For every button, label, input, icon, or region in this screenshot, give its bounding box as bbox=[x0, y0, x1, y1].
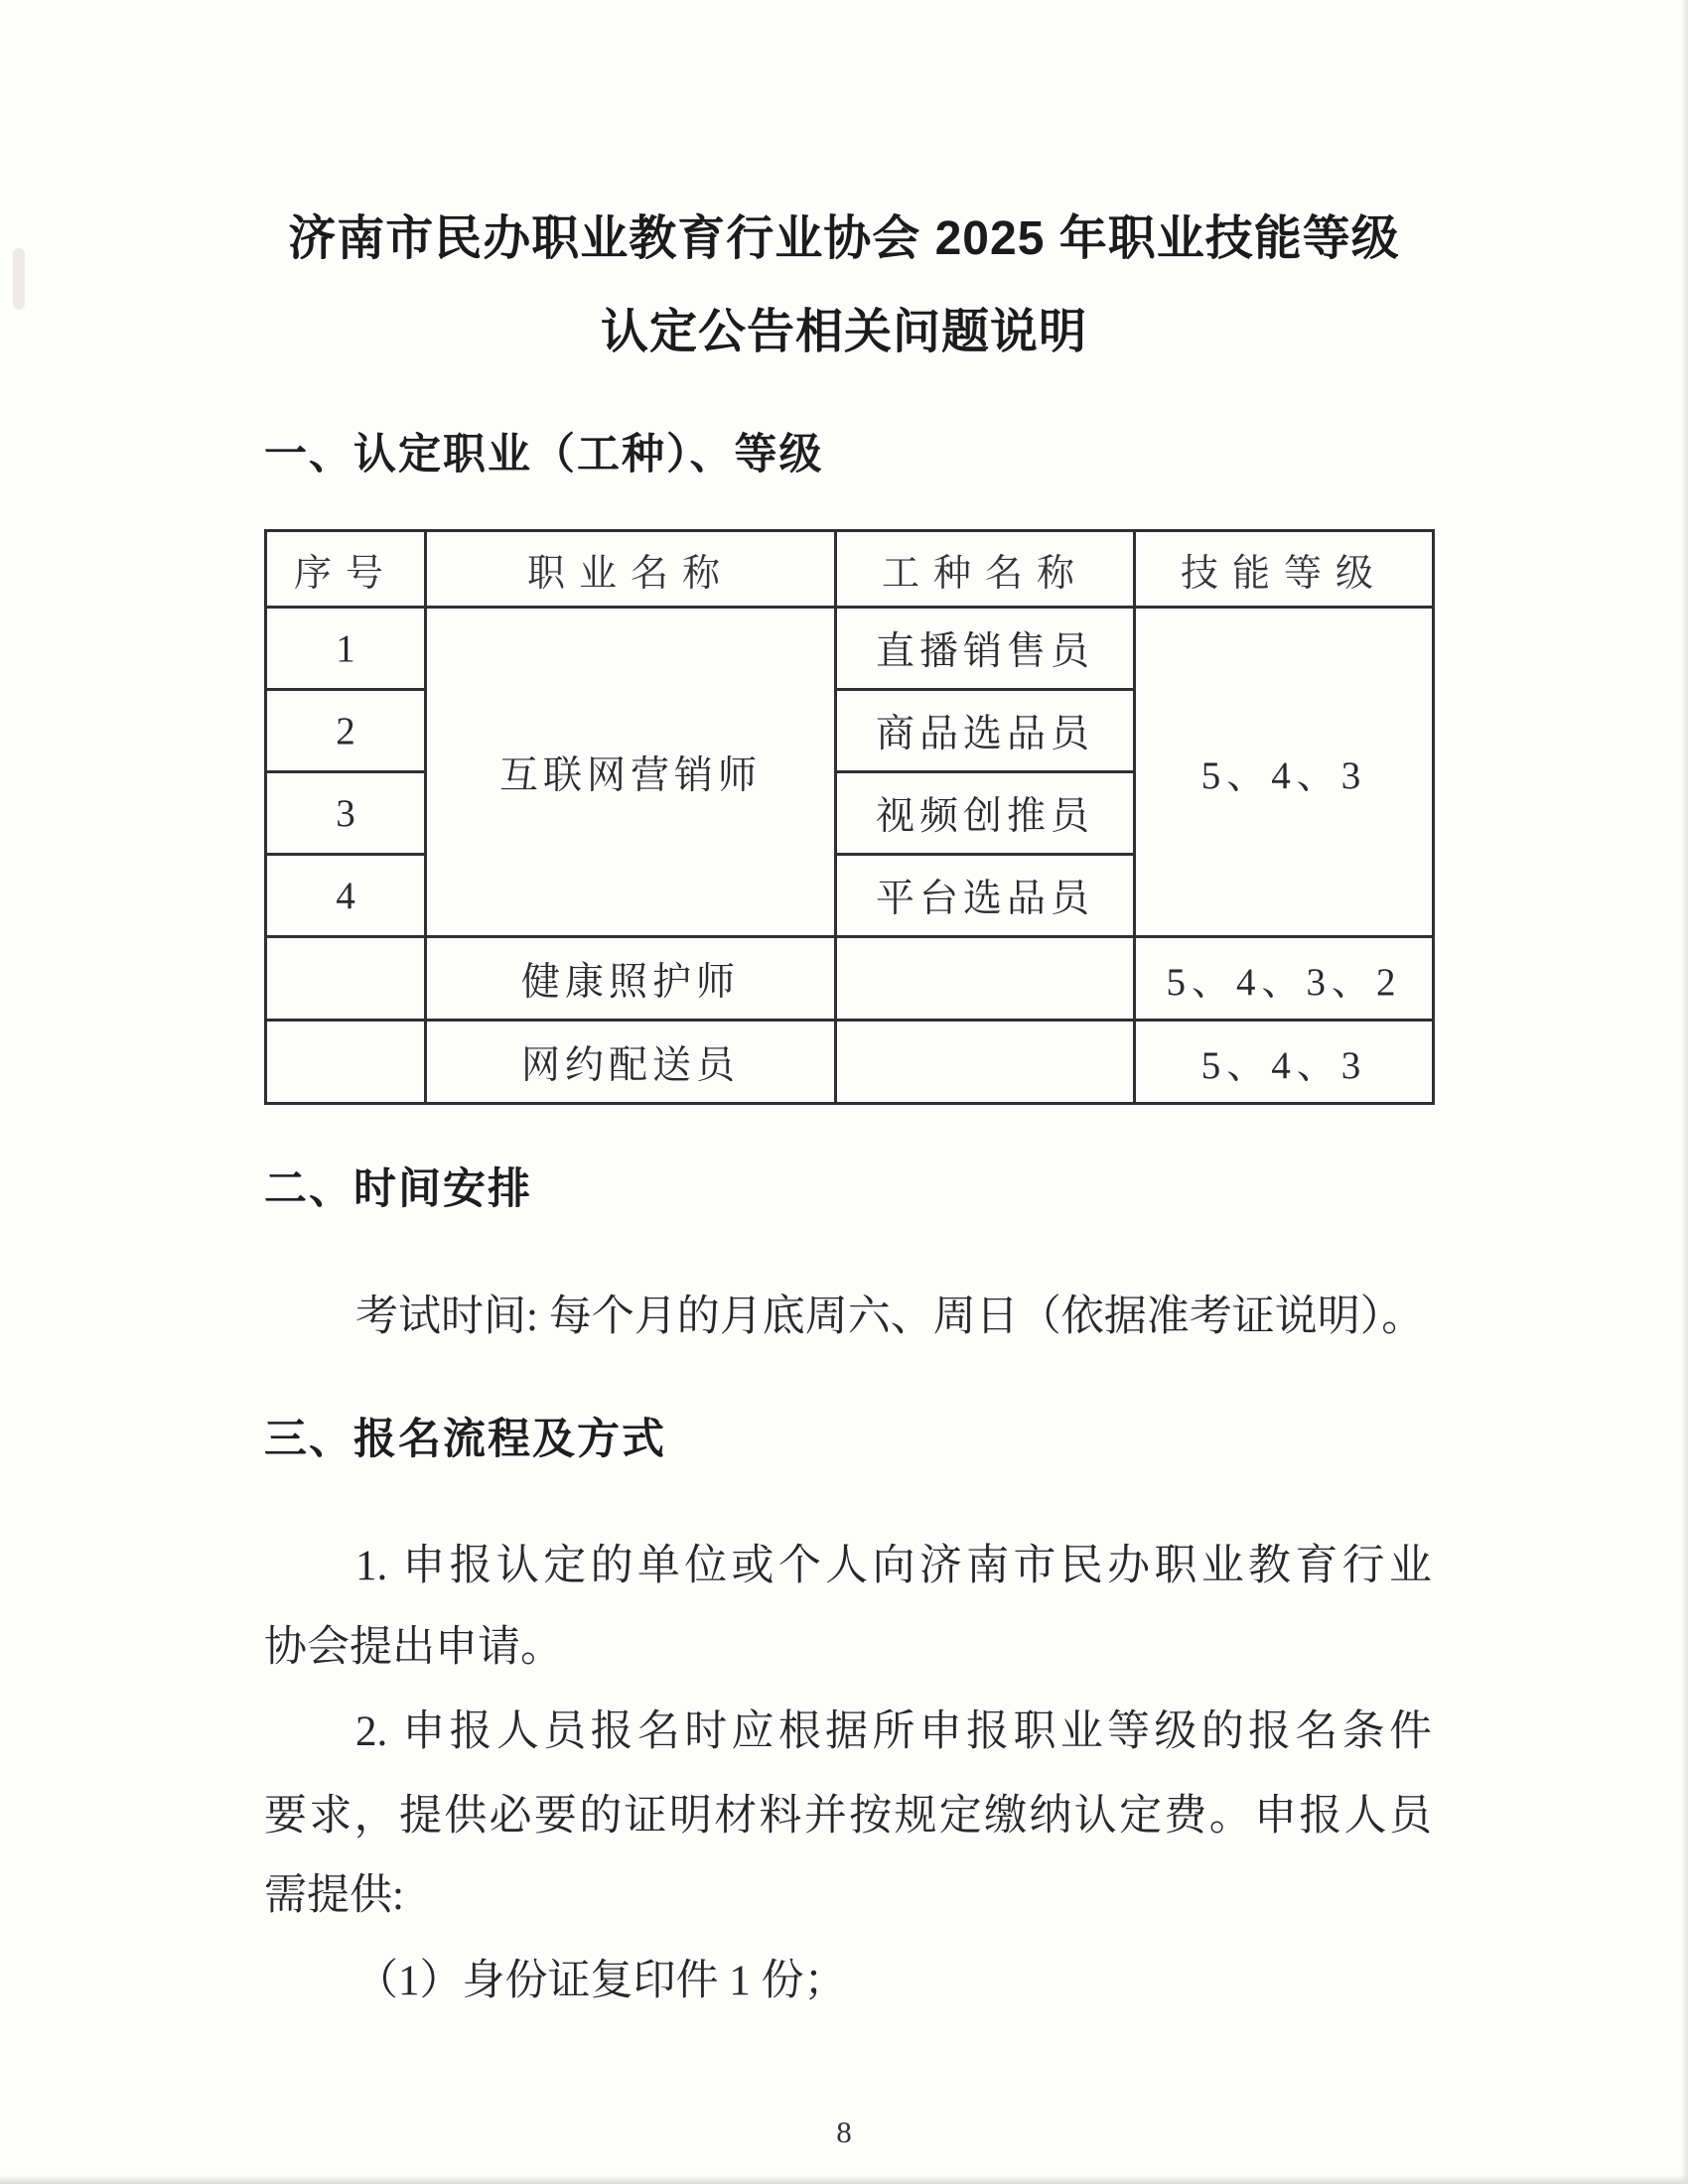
cell-level: 5、4、3、2 bbox=[1135, 937, 1434, 1021]
section1-heading: 一、认定职业（工种）、等级 bbox=[264, 425, 824, 484]
required-item-1: （1）身份证复印件 1 份； bbox=[264, 1943, 1432, 2020]
cell-worktype bbox=[836, 1021, 1135, 1104]
table-header-row: 序号 职业名称 工种名称 技能等级 bbox=[266, 531, 1434, 608]
table-row: 健康照护师 5、4、3、2 bbox=[266, 937, 1434, 1021]
exam-time-paragraph: 考试时间: 每个月的月底周六、周日（依据准考证说明）。 bbox=[264, 1279, 1432, 1356]
cell-worktype: 商品选品员 bbox=[836, 690, 1135, 772]
cell-index: 4 bbox=[266, 855, 426, 937]
col-header-index: 序号 bbox=[266, 531, 426, 608]
table-row: 网约配送员 5、4、3 bbox=[266, 1021, 1434, 1104]
col-header-occupation: 职业名称 bbox=[426, 531, 836, 608]
para2-line3: 需提供: bbox=[264, 1857, 1432, 1935]
col-header-level: 技能等级 bbox=[1135, 531, 1434, 608]
cell-level: 5、4、3 bbox=[1135, 1021, 1434, 1104]
cell-level-merged: 5、4、3 bbox=[1135, 608, 1434, 937]
occupation-level-table: 序号 职业名称 工种名称 技能等级 1 互联网营销师 直播销售员 5、4、3 2… bbox=[264, 529, 1435, 1105]
title-line-2: 认定公告相关问题说明 bbox=[0, 286, 1688, 379]
section2-heading: 二、时间安排 bbox=[264, 1160, 532, 1219]
scan-edge-bottom bbox=[0, 2175, 1688, 2184]
cell-occupation: 健康照护师 bbox=[426, 937, 836, 1021]
document-title: 济南市民办职业教育行业协会 2025 年职业技能等级 认定公告相关问题说明 bbox=[0, 193, 1688, 379]
para1-line2: 协会提出申请。 bbox=[264, 1609, 1432, 1687]
cell-index: 1 bbox=[266, 608, 426, 690]
document-page: 济南市民办职业教育行业协会 2025 年职业技能等级 认定公告相关问题说明 一、… bbox=[0, 0, 1688, 2184]
para2-line1: 2. 申报人员报名时应根据所申报职业等级的报名条件 bbox=[264, 1694, 1432, 1771]
cell-index: 2 bbox=[266, 690, 426, 772]
cell-worktype: 视频创推员 bbox=[836, 772, 1135, 855]
para1-line1: 1. 申报认定的单位或个人向济南市民办职业教育行业 bbox=[264, 1528, 1432, 1605]
section3-heading: 三、报名流程及方式 bbox=[264, 1410, 666, 1469]
cell-occupation: 网约配送员 bbox=[426, 1021, 836, 1104]
cell-worktype bbox=[836, 937, 1135, 1021]
table-row: 1 互联网营销师 直播销售员 5、4、3 bbox=[266, 608, 1434, 690]
cell-worktype: 直播销售员 bbox=[836, 608, 1135, 690]
para2-line2: 要求，提供必要的证明材料并按规定缴纳认定费。申报人员 bbox=[264, 1778, 1432, 1855]
page-number: 8 bbox=[0, 2115, 1688, 2150]
cell-index bbox=[266, 937, 426, 1021]
cell-occupation-merged: 互联网营销师 bbox=[426, 608, 836, 937]
cell-index bbox=[266, 1021, 426, 1104]
col-header-worktype: 工种名称 bbox=[836, 531, 1135, 608]
cell-worktype: 平台选品员 bbox=[836, 855, 1135, 937]
cell-index: 3 bbox=[266, 772, 426, 855]
title-line-1: 济南市民办职业教育行业协会 2025 年职业技能等级 bbox=[0, 193, 1688, 286]
